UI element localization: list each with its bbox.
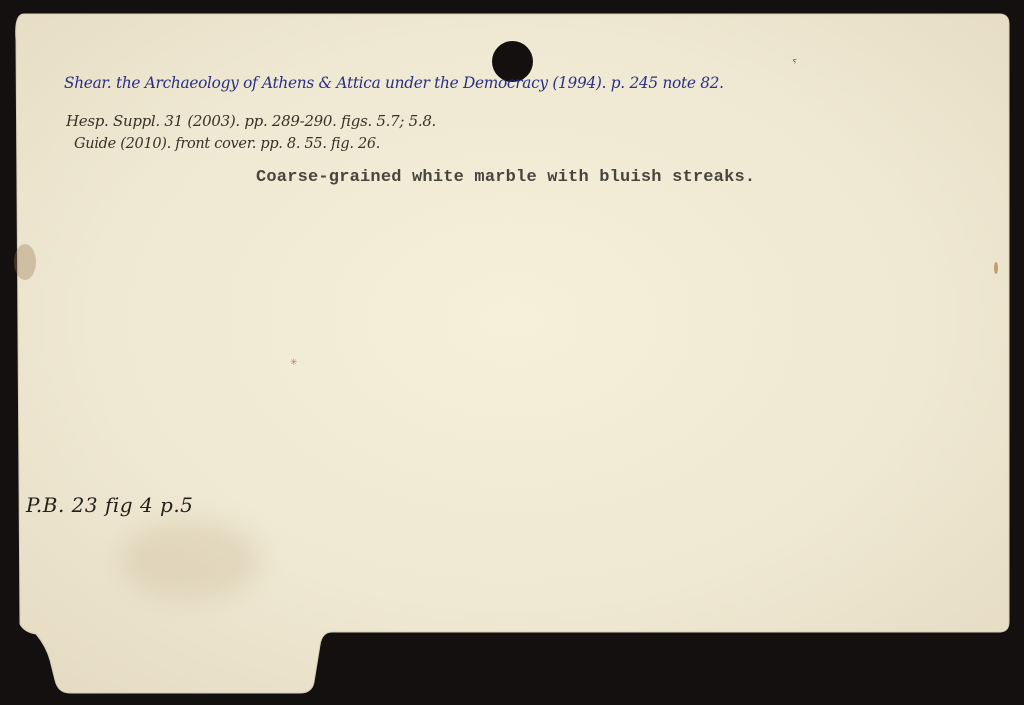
handwritten-reference-shear: Shear. the Archaeology of Athens & Attic… (64, 74, 724, 92)
handwritten-reference-guide: Guide (2010). front cover. pp. 8. 55. fi… (74, 136, 380, 152)
red-mark: ✳ (290, 358, 298, 368)
handwritten-bottom-note: P.B. 23 fig 4 p.5 (26, 493, 193, 517)
ink-mark: ⲋ (793, 56, 797, 66)
index-card (0, 0, 1024, 705)
handwritten-reference-hesperia: Hesp. Suppl. 31 (2003). pp. 289-290. fig… (66, 112, 436, 130)
typed-description: Coarse-grained white marble with bluish … (256, 168, 755, 187)
